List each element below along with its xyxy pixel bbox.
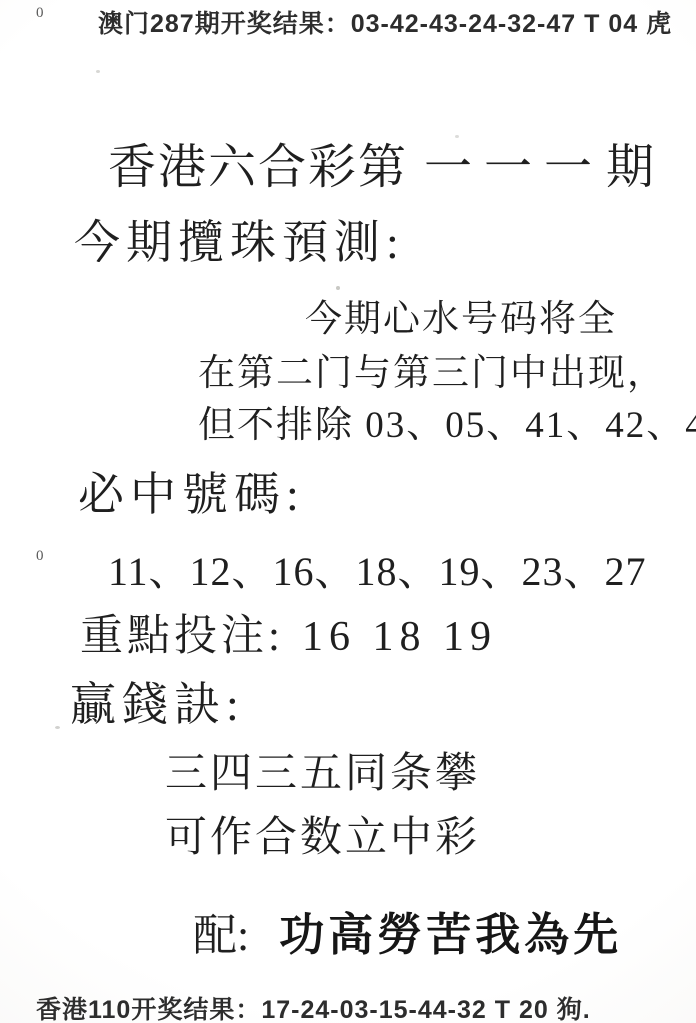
- page-title: 香港六合彩第一一一期: [108, 128, 656, 197]
- hk-result-footer: 香港110开奖结果：17-24-03-15-44-32 T 20 狗.: [36, 990, 591, 1023]
- margin-mark-top: 0: [36, 5, 44, 22]
- margin-mark-middle: 0: [36, 548, 44, 565]
- title-issue-number: 一一一: [424, 141, 604, 194]
- title-prefix: 香港六合彩第: [108, 141, 408, 194]
- macau-result-header: 澳门287期开奖结果：03-42-43-24-32-47 T 04 虎: [98, 4, 672, 40]
- key-bet-label: 重點投注:: [80, 613, 284, 660]
- must-hit-heading: 必中號碼:: [78, 458, 305, 524]
- win-tip-heading: 贏錢訣:: [70, 668, 245, 734]
- prediction-line-3: 但不排除 03、05、41、42、43: [198, 394, 696, 448]
- scan-speck: [55, 726, 60, 729]
- lottery-prediction-sheet: 0 澳门287期开奖结果：03-42-43-24-32-47 T 04 虎 香港…: [0, 0, 696, 1023]
- must-hit-numbers: 11、12、16、18、19、23、27: [108, 540, 647, 597]
- scan-speck: [96, 70, 100, 73]
- prediction-line-2: 在第二门与第三门中出现，: [198, 342, 666, 396]
- key-bet-numbers: 16 18 19: [302, 614, 497, 660]
- win-tip-verse-1: 三四三五同条攀: [165, 740, 480, 800]
- key-bet-line: 重點投注:16 18 19: [80, 602, 497, 663]
- win-tip-verse-2: 可作合数立中彩: [165, 804, 480, 864]
- prediction-heading: 今期攬珠預測:: [74, 206, 405, 272]
- prediction-line-1: 今期心水号码将全: [305, 288, 617, 342]
- pairing-label: 配:: [193, 911, 249, 960]
- pairing-line: 配:功高勞苦我為先: [193, 898, 622, 963]
- title-suffix: 期: [606, 141, 656, 194]
- pairing-phrase: 功高勞苦我為先: [279, 910, 622, 960]
